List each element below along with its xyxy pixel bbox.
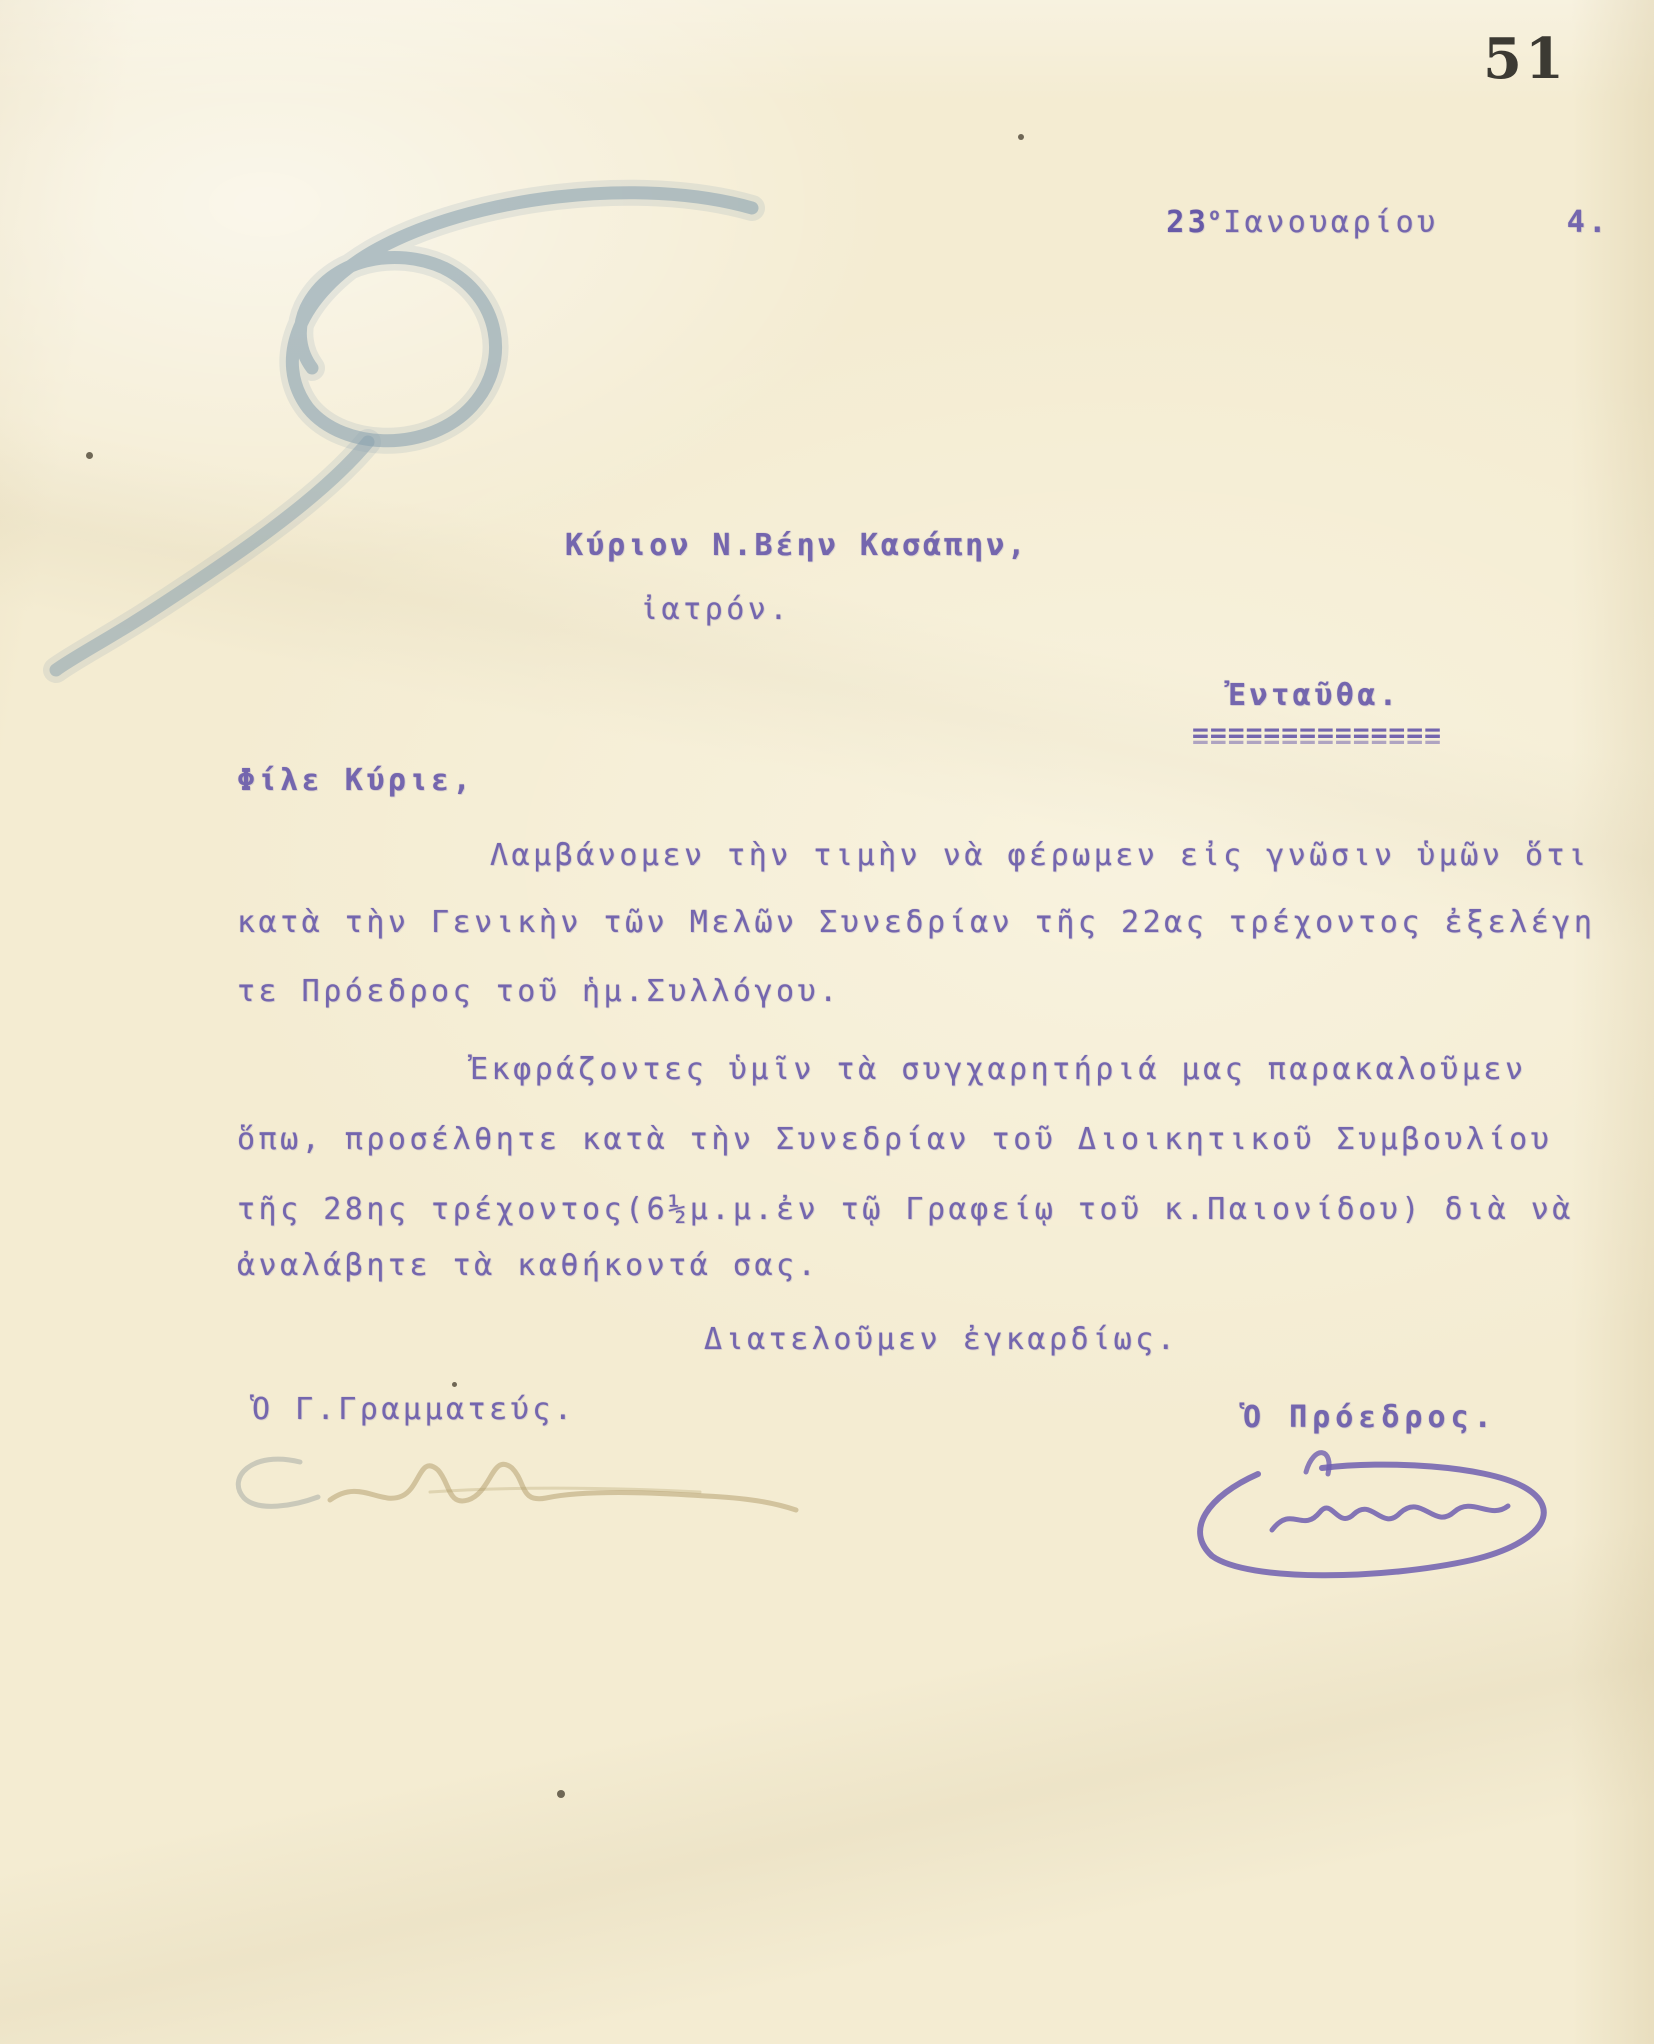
paper-speck: [86, 452, 93, 459]
body-line: κατὰ τὴν Γενικὴν τῶν Μελῶν Συνεδρίαν τῆς…: [237, 905, 1595, 940]
paper-speck: [557, 1790, 565, 1798]
secretary-signature: [238, 1459, 796, 1510]
body-line: Ἐκφράζοντες ὑμῖν τὰ συγχαρητήριά μας παρ…: [470, 1052, 1527, 1087]
paper-speck: [1018, 134, 1024, 140]
body-line: τε Πρόεδρος τοῦ ἡμ.Συλλόγου.: [237, 974, 841, 1009]
closing-line: Διατελοῦμεν ἐγκαρδίως.: [704, 1322, 1178, 1357]
date-line: 23οΙανουαρίου4.: [1080, 170, 1610, 275]
scanned-letter-page: 51 23οΙανουαρίου4. Κύριον Ν.Βέην Κασάπην…: [0, 0, 1654, 2044]
recipient-title: ἰατρόν.: [640, 592, 791, 627]
president-label: Ὁ Πρόεδρος.: [1243, 1400, 1497, 1435]
date-year: 4.: [1567, 205, 1610, 240]
recipient-name: Κύριον Ν.Βέην Κασάπην,: [565, 528, 1028, 563]
location-line: Ἐνταῦθα.: [1228, 678, 1401, 713]
president-signature: [1200, 1453, 1544, 1576]
body-line: Λαμβάνομεν τὴν τιμὴν νὰ φέρωμεν εἰς γνῶσ…: [490, 838, 1590, 873]
date-ordinal: ο: [1209, 205, 1223, 225]
body-line: τῆς 28ης τρέχοντος(6½μ.μ.ἐν τῷ Γραφείῳ τ…: [237, 1192, 1574, 1227]
body-line: ὅπω, προσέλθητε κατὰ τὴν Συνεδρίαν τοῦ Δ…: [237, 1122, 1552, 1157]
date-day: 23: [1166, 205, 1209, 240]
date-month: Ιανουαρίου: [1223, 205, 1439, 240]
body-line: ἀναλάβητε τὰ καθήκοντά σας.: [237, 1248, 819, 1283]
paper-speck: [452, 1382, 457, 1387]
handwritten-signatures: [0, 0, 1654, 2044]
salutation: Φίλε Κύριε,: [237, 763, 474, 798]
folio-number-stamp: 51: [1483, 26, 1567, 92]
secretary-label: Ὁ Γ.Γραμματεύς.: [252, 1392, 575, 1427]
location-underline: ==============: [1192, 716, 1442, 749]
